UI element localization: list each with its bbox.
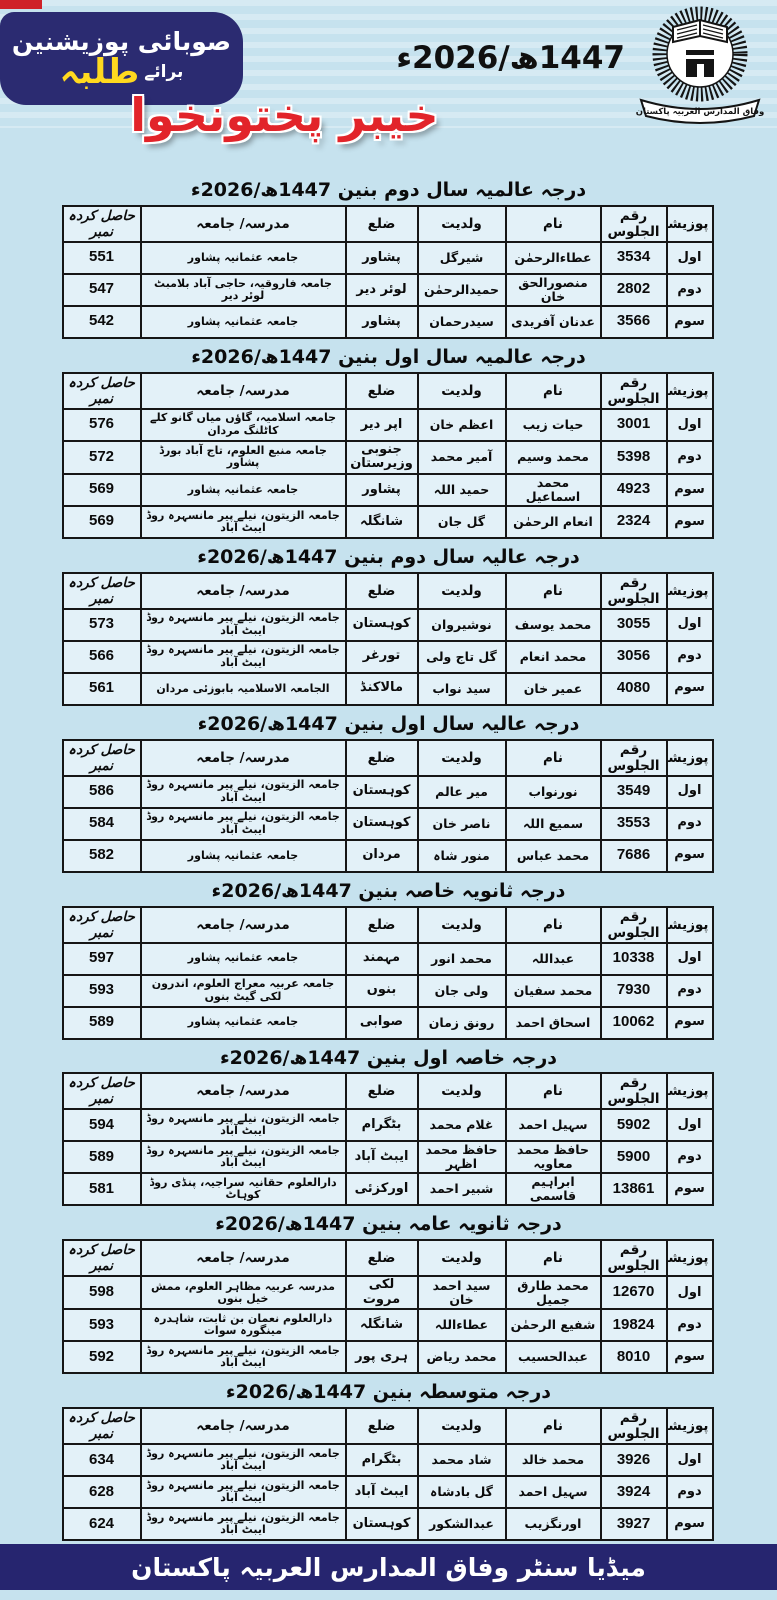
column-header: ولدیت [418,1408,506,1444]
roll-number-cell: 13861 [601,1173,667,1205]
name-cell: عبداللہ [506,943,601,975]
marks-cell: 542 [63,306,141,338]
badge-talaba-highlight: طلبہ [60,57,140,88]
district-cell: بٹگرام [346,1109,418,1141]
position-cell: اول [667,776,713,808]
logo-banner-text: وفاق المدارس العربیہ پاکستان [636,107,765,117]
name-cell: عمیر خان [506,673,601,705]
roll-number-cell: 3927 [601,1508,667,1540]
father-name-cell: رونق زمان [418,1007,506,1039]
column-header: ولدیت [418,907,506,943]
position-cell: سوم [667,673,713,705]
position-cell: اول [667,943,713,975]
father-name-cell: سیدرحمان [418,306,506,338]
table-row: اول5902سہیل احمدغلام محمدبٹگرامجامعہ الز… [63,1109,713,1141]
district-cell: مالاکنڈ [346,673,418,705]
name-cell: محمد طارق جمیل [506,1276,601,1309]
position-cell: دوم [667,641,713,673]
column-header: نام [506,206,601,242]
name-cell: محمد وسیم [506,441,601,474]
position-cell: سوم [667,1341,713,1373]
name-cell: عدنان آفریدی [506,306,601,338]
madrasa-cell: جامعہ الزیتون، نیلے پیر مانسہرہ روڈ ایبٹ… [141,776,346,808]
madrasa-cell: جامعہ عربیہ معراج العلوم، اندرون لکی گیٹ… [141,975,346,1007]
column-header: ولدیت [418,373,506,409]
madrasa-cell: جامعہ الزیتون، نیلے پیر مانسہرہ روڈ ایبٹ… [141,1508,346,1540]
result-section-sanviya-amma: درجہ ثانویہ عامہ بنین 1447ھ/2026ء پوزیشن… [64,1214,714,1374]
table-row: سوم7686محمد عباسمنور شاہمردانجامعہ عثمان… [63,840,713,872]
column-header: ضلع [346,740,418,776]
top-red-notch [0,0,42,9]
ribbon-banner: وفاق المدارس العربیہ پاکستان [636,100,765,123]
position-cell: سوم [667,506,713,538]
madrasa-cell: جامعہ عثمانیہ پشاور [141,242,346,274]
position-cell: اول [667,1276,713,1309]
district-cell: پشاور [346,474,418,506]
marks-cell: 572 [63,441,141,474]
father-name-cell: نوشیروان [418,609,506,641]
name-cell: محمد انعام [506,641,601,673]
district-cell: لکی مروت [346,1276,418,1309]
column-header: حاصل کردہ نمبر [63,206,141,242]
footer-text: میڈیا سنٹر وفاق المدارس العربیہ پاکستان [131,1553,646,1582]
roll-number-cell: 3553 [601,808,667,840]
name-cell: سہیل احمد [506,1109,601,1141]
roll-number-cell: 10062 [601,1007,667,1039]
table-row: دوم2802منصورالحق خانحمیدالرحمٰنلوئر دیرج… [63,274,713,306]
name-cell: محمد اسماعیل [506,474,601,506]
father-name-cell: اعظم خان [418,409,506,441]
column-header: رقم الجلوس [601,573,667,609]
badge-line2-pre: برائے [144,64,183,81]
table-row: اول3001حیات زیباعظم خاناپر دیرجامعہ اسلا… [63,409,713,441]
table-row: سوم3927اورنگزیبعبدالشکورکوہستانجامعہ الز… [63,1508,713,1540]
column-header: ولدیت [418,573,506,609]
poster-page: صوبائی پوزیشنین برائے طلبہ [0,0,777,1600]
marks-cell: 576 [63,409,141,441]
position-cell: اول [667,242,713,274]
column-header: رقم الجلوس [601,373,667,409]
position-cell: اول [667,409,713,441]
roll-number-cell: 5900 [601,1141,667,1173]
madrasa-cell: جامعہ الزیتون، نیلے پیر مانسہرہ روڈ ایبٹ… [141,808,346,840]
madrasa-cell: جامعہ عثمانیہ پشاور [141,306,346,338]
result-section-sanviya-khassa: درجہ ثانویہ خاصہ بنین 1447ھ/2026ء پوزیشن… [64,881,714,1040]
table-row: سوم8010عبدالحسیبمحمد ریاضہری پورجامعہ ال… [63,1341,713,1373]
district-cell: صوابی [346,1007,418,1039]
column-header: پوزیشن [667,206,713,242]
madrasa-cell: دارالعلوم حقانیہ سراجیہ، پنڈی روڈ کوہاٹ [141,1173,346,1205]
marks-cell: 566 [63,641,141,673]
position-cell: دوم [667,1476,713,1508]
table-row: دوم5900حافظ محمد معاویہحافظ محمد اظہرایب… [63,1141,713,1173]
footer-band: میڈیا سنٹر وفاق المدارس العربیہ پاکستان [0,1544,777,1590]
name-cell: اسحاق احمد [506,1007,601,1039]
results-table: پوزیشنرقم الجلوسنامولدیتضلعمدرسہ/ جامعہح… [62,372,714,539]
table-row: اول10338عبداللہمحمد انورمہمندجامعہ عثمان… [63,943,713,975]
result-section-khassa-1: درجہ خاصہ اول بنین 1447ھ/2026ء پوزیشنرقم… [64,1048,714,1207]
name-cell: محمد عباس [506,840,601,872]
name-cell: ابراہیم قاسمی [506,1173,601,1205]
madrasa-cell: جامعہ الزیتون، نیلے پیر مانسہرہ روڈ ایبٹ… [141,641,346,673]
roll-number-cell: 3055 [601,609,667,641]
marks-cell: 634 [63,1444,141,1476]
section-title: درجہ متوسطہ بنین 1447ھ/2026ء [64,1382,714,1403]
table-row: سوم4923محمد اسماعیلحمید اللہپشاورجامعہ ع… [63,474,713,506]
father-name-cell: شاد محمد [418,1444,506,1476]
column-header: پوزیشن [667,573,713,609]
column-header: پوزیشن [667,1408,713,1444]
table-row: دوم7930محمد سفیانولی جانبنوںجامعہ عربیہ … [63,975,713,1007]
result-section-aliya-2: درجہ عالیہ سال دوم بنین 1447ھ/2026ء پوزی… [64,547,714,706]
father-name-cell: حمید اللہ [418,474,506,506]
results-table: پوزیشنرقم الجلوسنامولدیتضلعمدرسہ/ جامعہح… [62,1407,714,1541]
column-header: ضلع [346,573,418,609]
marks-cell: 593 [63,1309,141,1341]
father-name-cell: ولی جان [418,975,506,1007]
madrasa-cell: جامعہ عثمانیہ پشاور [141,840,346,872]
column-header: مدرسہ/ جامعہ [141,373,346,409]
name-cell: نورنواب [506,776,601,808]
column-header: ضلع [346,1240,418,1276]
madrasa-cell: جامعہ الزیتون، نیلے پیر مانسہرہ روڈ ایبٹ… [141,1341,346,1373]
father-name-cell: سید نواب [418,673,506,705]
district-cell: لوئر دیر [346,274,418,306]
table-header-row: پوزیشنرقم الجلوسنامولدیتضلعمدرسہ/ جامعہح… [63,206,713,242]
marks-cell: 628 [63,1476,141,1508]
table-row: سوم4080عمیر خانسید نوابمالاکنڈالجامعہ ال… [63,673,713,705]
madrasa-cell: جامعہ منبع العلوم، تاج آباد بورڈ پشاور [141,441,346,474]
column-header: مدرسہ/ جامعہ [141,206,346,242]
table-row: دوم5398محمد وسیمآمیر محمدجنوبی وزیرستانج… [63,441,713,474]
father-name-cell: منور شاہ [418,840,506,872]
district-cell: کوہستان [346,609,418,641]
table-row: اول3055محمد یوسفنوشیروانکوہستانجامعہ الز… [63,609,713,641]
roll-number-cell: 7930 [601,975,667,1007]
column-header: پوزیشن [667,1240,713,1276]
column-header: حاصل کردہ نمبر [63,907,141,943]
father-name-cell: غلام محمد [418,1109,506,1141]
position-cell: دوم [667,1141,713,1173]
district-cell: ایبٹ آباد [346,1476,418,1508]
table-row: دوم3056محمد انعامگل تاج ولیتورغرجامعہ ال… [63,641,713,673]
madrasa-cell: الجامعہ الاسلامیہ بابوزئی مردان [141,673,346,705]
marks-cell: 547 [63,274,141,306]
table-header-row: پوزیشنرقم الجلوسنامولدیتضلعمدرسہ/ جامعہح… [63,373,713,409]
name-cell: محمد یوسف [506,609,601,641]
table-row: سوم10062اسحاق احمدرونق زمانصوابیجامعہ عث… [63,1007,713,1039]
column-header: ولدیت [418,206,506,242]
madrasa-cell: جامعہ الزیتون، نیلے پیر مانسہرہ روڈ ایبٹ… [141,1109,346,1141]
madrasa-cell: جامعہ فاروقیہ، حاجی آباد بلامبٹ لوئر دیر [141,274,346,306]
position-cell: دوم [667,441,713,474]
column-header: رقم الجلوس [601,1073,667,1109]
year-label: 1447ھ/2026ء [396,40,625,76]
column-header: حاصل کردہ نمبر [63,573,141,609]
district-cell: کوہستان [346,776,418,808]
column-header: حاصل کردہ نمبر [63,373,141,409]
father-name-cell: شبیر احمد [418,1173,506,1205]
district-cell: مردان [346,840,418,872]
column-header: ضلع [346,206,418,242]
roll-number-cell: 3549 [601,776,667,808]
madrasa-cell: جامعہ الزیتون، نیلے پیر مانسہرہ روڈ ایبٹ… [141,609,346,641]
column-header: ولدیت [418,1073,506,1109]
roll-number-cell: 4923 [601,474,667,506]
table-row: سوم3566عدنان آفریدیسیدرحمانپشاورجامعہ عث… [63,306,713,338]
madrasa-cell: جامعہ الزیتون، نیلے پیر مانسہرہ روڈ ایبٹ… [141,1476,346,1508]
column-header: نام [506,1408,601,1444]
position-cell: سوم [667,1007,713,1039]
badge-line2: برائے طلبہ [60,57,184,88]
roll-number-cell: 3001 [601,409,667,441]
father-name-cell: محمد ریاض [418,1341,506,1373]
column-header: پوزیشن [667,373,713,409]
district-cell: پشاور [346,242,418,274]
position-cell: اول [667,1109,713,1141]
name-cell: منصورالحق خان [506,274,601,306]
results-table: پوزیشنرقم الجلوسنامولدیتضلعمدرسہ/ جامعہح… [62,906,714,1040]
header: صوبائی پوزیشنین برائے طلبہ [0,0,777,172]
roll-number-cell: 5398 [601,441,667,474]
position-cell: دوم [667,808,713,840]
father-name-cell: میر عالم [418,776,506,808]
position-cell: اول [667,1444,713,1476]
district-cell: شانگلہ [346,506,418,538]
madrasa-cell: جامعہ عثمانیہ پشاور [141,943,346,975]
result-section-aliya-1: درجہ عالیہ سال اول بنین 1447ھ/2026ء پوزی… [64,714,714,873]
column-header: رقم الجلوس [601,907,667,943]
column-header: ضلع [346,373,418,409]
father-name-cell: شیرگل [418,242,506,274]
father-name-cell: گل جان [418,506,506,538]
table-header-row: پوزیشنرقم الجلوسنامولدیتضلعمدرسہ/ جامعہح… [63,907,713,943]
position-cell: سوم [667,474,713,506]
marks-cell: 598 [63,1276,141,1309]
table-header-row: پوزیشنرقم الجلوسنامولدیتضلعمدرسہ/ جامعہح… [63,1240,713,1276]
column-header: ضلع [346,907,418,943]
column-header: نام [506,740,601,776]
name-cell: محمد سفیان [506,975,601,1007]
district-cell: ہری پور [346,1341,418,1373]
district-cell: اورکزئی [346,1173,418,1205]
column-header: حاصل کردہ نمبر [63,1240,141,1276]
marks-cell: 597 [63,943,141,975]
table-row: دوم19824شفیع الرحمٰنعطاءاللہشانگلہدارالع… [63,1309,713,1341]
section-title: درجہ ثانویہ خاصہ بنین 1447ھ/2026ء [64,881,714,902]
marks-cell: 551 [63,242,141,274]
district-cell: بٹگرام [346,1444,418,1476]
roll-number-cell: 3056 [601,641,667,673]
marks-cell: 589 [63,1141,141,1173]
district-cell: مہمند [346,943,418,975]
results-sections: درجہ عالمیہ سال دوم بنین 1447ھ/2026ء پوز… [0,180,777,1541]
column-header: پوزیشن [667,907,713,943]
wifaq-logo: وفاق المدارس العربیہ پاکستان [629,4,771,126]
name-cell: سہیل احمد [506,1476,601,1508]
results-table: پوزیشنرقم الجلوسنامولدیتضلعمدرسہ/ جامعہح… [62,1239,714,1374]
column-header: پوزیشن [667,1073,713,1109]
roll-number-cell: 7686 [601,840,667,872]
marks-cell: 582 [63,840,141,872]
roll-number-cell: 3566 [601,306,667,338]
section-title: درجہ عالیہ سال دوم بنین 1447ھ/2026ء [64,547,714,568]
table-row: دوم3553سمیع اللہناصر خانکوہستانجامعہ الز… [63,808,713,840]
name-cell: اورنگزیب [506,1508,601,1540]
column-header: مدرسہ/ جامعہ [141,573,346,609]
table-row: اول3549نورنوابمیر عالمکوہستانجامعہ الزیت… [63,776,713,808]
column-header: نام [506,1240,601,1276]
section-title: درجہ ثانویہ عامہ بنین 1447ھ/2026ء [64,1214,714,1235]
column-header: رقم الجلوس [601,1408,667,1444]
father-name-cell: حافظ محمد اظہر [418,1141,506,1173]
marks-cell: 573 [63,609,141,641]
results-table: پوزیشنرقم الجلوسنامولدیتضلعمدرسہ/ جامعہح… [62,1072,714,1206]
district-cell: کوہستان [346,808,418,840]
district-cell: اپر دیر [346,409,418,441]
table-header-row: پوزیشنرقم الجلوسنامولدیتضلعمدرسہ/ جامعہح… [63,1073,713,1109]
district-cell: تورغر [346,641,418,673]
position-cell: سوم [667,1173,713,1205]
marks-cell: 594 [63,1109,141,1141]
district-cell: شانگلہ [346,1309,418,1341]
marks-cell: 569 [63,474,141,506]
roll-number-cell: 3534 [601,242,667,274]
roll-number-cell: 3926 [601,1444,667,1476]
father-name-cell: گل بادشاہ [418,1476,506,1508]
table-row: سوم2324انعام الرحمٰنگل جانشانگلہجامعہ ال… [63,506,713,538]
table-row: دوم3924سہیل احمدگل بادشاہایبٹ آبادجامعہ … [63,1476,713,1508]
madrasa-cell: جامعہ الزیتون، نیلے پیر مانسہرہ روڈ ایبٹ… [141,1141,346,1173]
madrasa-cell: جامعہ عثمانیہ پشاور [141,474,346,506]
column-header: حاصل کردہ نمبر [63,1073,141,1109]
region-title: خیبر پختونخوا [112,88,457,142]
father-name-cell: آمیر محمد [418,441,506,474]
marks-cell: 586 [63,776,141,808]
name-cell: انعام الرحمٰن [506,506,601,538]
section-title: درجہ عالمیہ سال دوم بنین 1447ھ/2026ء [64,180,714,201]
column-header: رقم الجلوس [601,206,667,242]
column-header: حاصل کردہ نمبر [63,1408,141,1444]
kaaba-icon [686,50,714,77]
roll-number-cell: 12670 [601,1276,667,1309]
marks-cell: 589 [63,1007,141,1039]
column-header: ولدیت [418,740,506,776]
column-header: پوزیشن [667,740,713,776]
section-title: درجہ عالمیہ سال اول بنین 1447ھ/2026ء [64,347,714,368]
column-header: مدرسہ/ جامعہ [141,1408,346,1444]
table-header-row: پوزیشنرقم الجلوسنامولدیتضلعمدرسہ/ جامعہح… [63,573,713,609]
roll-number-cell: 4080 [601,673,667,705]
roll-number-cell: 3924 [601,1476,667,1508]
name-cell: سمیع اللہ [506,808,601,840]
marks-cell: 581 [63,1173,141,1205]
table-row: اول3534عطاءالرحمٰنشیرگلپشاورجامعہ عثمانی… [63,242,713,274]
result-section-alamiya-1: درجہ عالمیہ سال اول بنین 1447ھ/2026ء پوز… [64,347,714,539]
position-cell: دوم [667,274,713,306]
district-cell: ایبٹ آباد [346,1141,418,1173]
marks-cell: 624 [63,1508,141,1540]
madrasa-cell: دارالعلوم نعمان بن ثابت، شاہدرہ مینگورہ … [141,1309,346,1341]
madrasa-cell: جامعہ عثمانیہ پشاور [141,1007,346,1039]
father-name-cell: محمد انور [418,943,506,975]
madrasa-cell: جامعہ اسلامیہ، گاؤں میاں گانو کلے کاٹلنگ… [141,409,346,441]
madrasa-cell: جامعہ الزیتون، نیلے پیر مانسہرہ روڈ ایبٹ… [141,506,346,538]
district-cell: جنوبی وزیرستان [346,441,418,474]
position-cell: سوم [667,306,713,338]
name-cell: عبدالحسیب [506,1341,601,1373]
wifaq-emblem-icon: وفاق المدارس العربیہ پاکستان [629,4,771,126]
position-cell: دوم [667,975,713,1007]
column-header: نام [506,1073,601,1109]
marks-cell: 561 [63,673,141,705]
column-header: مدرسہ/ جامعہ [141,1073,346,1109]
madrasa-cell: جامعہ الزیتون، نیلے پیر مانسہرہ روڈ ایبٹ… [141,1444,346,1476]
column-header: مدرسہ/ جامعہ [141,740,346,776]
roll-number-cell: 10338 [601,943,667,975]
roll-number-cell: 5902 [601,1109,667,1141]
position-cell: اول [667,609,713,641]
column-header: نام [506,373,601,409]
results-table: پوزیشنرقم الجلوسنامولدیتضلعمدرسہ/ جامعہح… [62,572,714,706]
table-header-row: پوزیشنرقم الجلوسنامولدیتضلعمدرسہ/ جامعہح… [63,1408,713,1444]
district-cell: کوہستان [346,1508,418,1540]
table-header-row: پوزیشنرقم الجلوسنامولدیتضلعمدرسہ/ جامعہح… [63,740,713,776]
name-cell: حیات زیب [506,409,601,441]
column-header: حاصل کردہ نمبر [63,740,141,776]
roll-number-cell: 19824 [601,1309,667,1341]
district-cell: پشاور [346,306,418,338]
position-cell: سوم [667,1508,713,1540]
district-cell: بنوں [346,975,418,1007]
column-header: ضلع [346,1408,418,1444]
name-cell: محمد خالد [506,1444,601,1476]
result-section-mutawassita: درجہ متوسطہ بنین 1447ھ/2026ء پوزیشنرقم ا… [64,1382,714,1541]
table-row: اول12670محمد طارق جمیلسید احمد خانلکی مر… [63,1276,713,1309]
column-header: رقم الجلوس [601,740,667,776]
father-name-cell: حمیدالرحمٰن [418,274,506,306]
roll-number-cell: 2324 [601,506,667,538]
column-header: رقم الجلوس [601,1240,667,1276]
column-header: ضلع [346,1073,418,1109]
name-cell: شفیع الرحمٰن [506,1309,601,1341]
table-row: سوم13861ابراہیم قاسمیشبیر احمداورکزئیدار… [63,1173,713,1205]
column-header: مدرسہ/ جامعہ [141,1240,346,1276]
section-title: درجہ خاصہ اول بنین 1447ھ/2026ء [64,1048,714,1069]
column-header: مدرسہ/ جامعہ [141,907,346,943]
column-header: ولدیت [418,1240,506,1276]
result-section-alamiya-2: درجہ عالمیہ سال دوم بنین 1447ھ/2026ء پوز… [64,180,714,339]
name-cell: حافظ محمد معاویہ [506,1141,601,1173]
marks-cell: 569 [63,506,141,538]
marks-cell: 584 [63,808,141,840]
father-name-cell: سید احمد خان [418,1276,506,1309]
position-cell: دوم [667,1309,713,1341]
madrasa-cell: مدرسہ عربیہ مظاہر العلوم، ممش خیل بنوں [141,1276,346,1309]
father-name-cell: گل تاج ولی [418,641,506,673]
marks-cell: 592 [63,1341,141,1373]
column-header: نام [506,573,601,609]
column-header: نام [506,907,601,943]
marks-cell: 593 [63,975,141,1007]
section-title: درجہ عالیہ سال اول بنین 1447ھ/2026ء [64,714,714,735]
table-row: اول3926محمد خالدشاد محمدبٹگرامجامعہ الزی… [63,1444,713,1476]
father-name-cell: عطاءاللہ [418,1309,506,1341]
father-name-cell: ناصر خان [418,808,506,840]
roll-number-cell: 8010 [601,1341,667,1373]
position-cell: سوم [667,840,713,872]
father-name-cell: عبدالشکور [418,1508,506,1540]
